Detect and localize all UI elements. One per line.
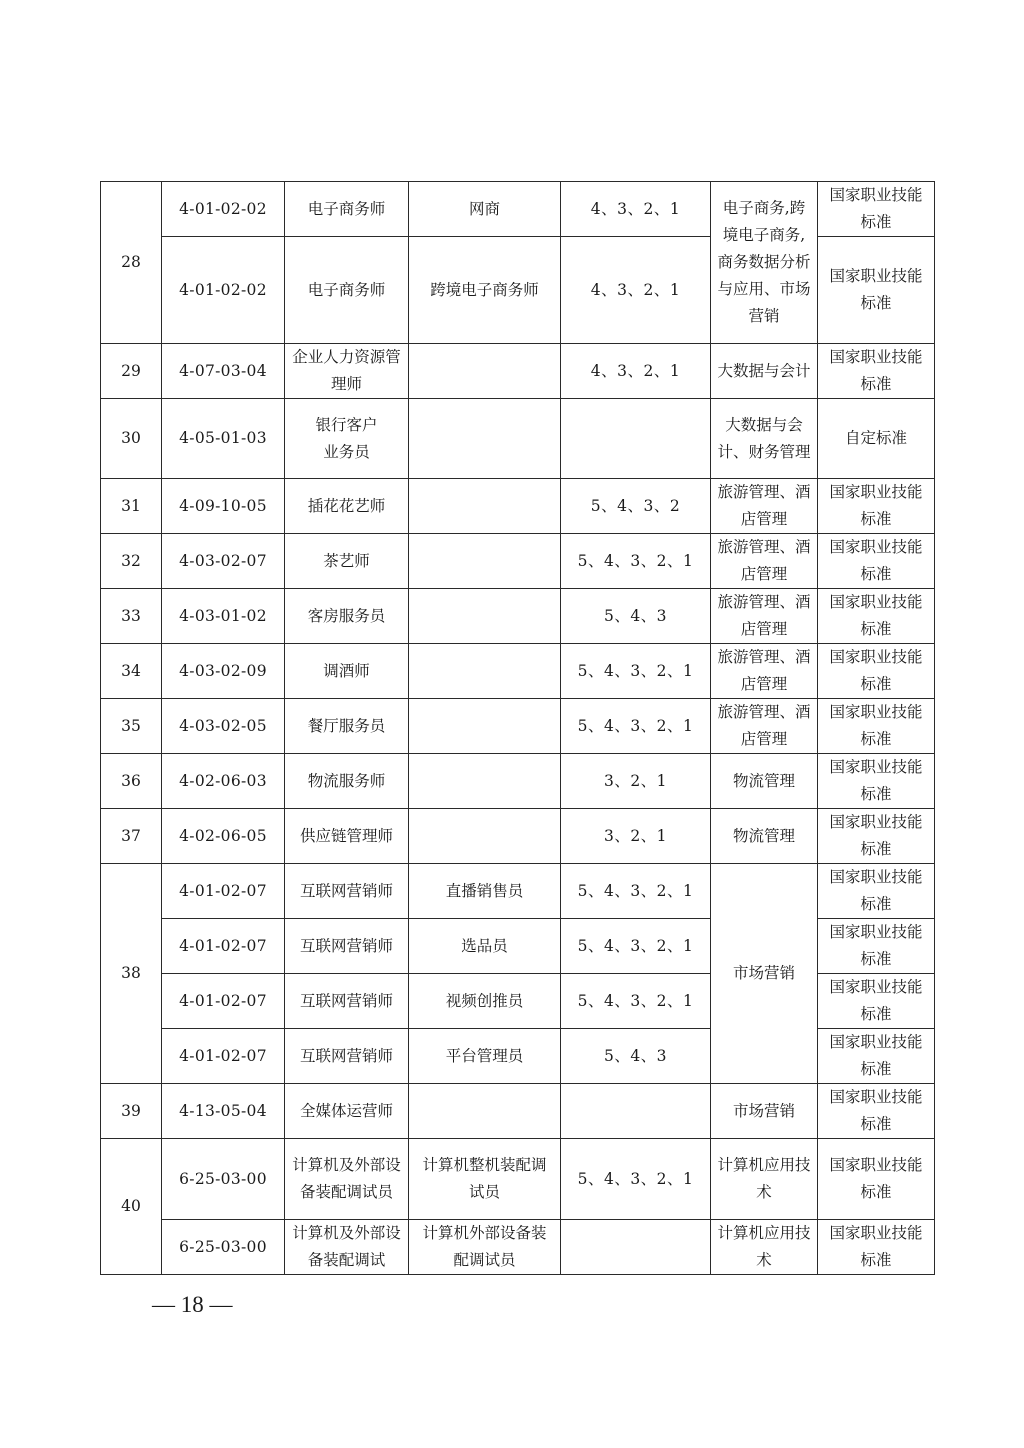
skill-levels: 5、4、3 bbox=[561, 1029, 711, 1084]
occupation-name: 企业人力资源管理师 bbox=[285, 344, 409, 399]
table-row: 39 4-13-05-04 全媒体运营师 市场营销 国家职业技能标准 bbox=[101, 1084, 935, 1139]
skill-levels: 4、3、2、1 bbox=[561, 182, 711, 237]
row-number: 35 bbox=[101, 699, 162, 754]
occupation-code: 4-07-03-04 bbox=[162, 344, 285, 399]
skill-levels bbox=[561, 399, 711, 479]
row-number: 38 bbox=[101, 864, 162, 1084]
related-major: 市场营销 bbox=[711, 864, 818, 1084]
occupation-name: 电子商务师 bbox=[285, 182, 409, 237]
related-major: 旅游管理、酒店管理 bbox=[711, 479, 818, 534]
sub-occupation: 计算机整机装配调试员 bbox=[409, 1139, 561, 1220]
occupation-code: 4-02-06-03 bbox=[162, 754, 285, 809]
related-major: 市场营销 bbox=[711, 1084, 818, 1139]
sub-occupation bbox=[409, 699, 561, 754]
table-row: 33 4-03-01-02 客房服务员 5、4、3 旅游管理、酒店管理 国家职业… bbox=[101, 589, 935, 644]
table-row: 37 4-02-06-05 供应链管理师 3、2、1 物流管理 国家职业技能标准 bbox=[101, 809, 935, 864]
occupation-code: 4-03-02-07 bbox=[162, 534, 285, 589]
sub-occupation: 选品员 bbox=[409, 919, 561, 974]
sub-occupation bbox=[409, 479, 561, 534]
occupation-name: 互联网营销师 bbox=[285, 864, 409, 919]
sub-occupation: 计算机外部设备装配调试员 bbox=[409, 1220, 561, 1275]
occupation-name: 银行客户业务员 bbox=[285, 399, 409, 479]
standard-type: 国家职业技能标准 bbox=[818, 699, 935, 754]
standard-type: 国家职业技能标准 bbox=[818, 1029, 935, 1084]
standard-type: 国家职业技能标准 bbox=[818, 1139, 935, 1220]
sub-occupation bbox=[409, 1084, 561, 1139]
standard-type: 国家职业技能标准 bbox=[818, 237, 935, 344]
occupation-name: 插花花艺师 bbox=[285, 479, 409, 534]
row-number: 34 bbox=[101, 644, 162, 699]
occupation-name: 全媒体运营师 bbox=[285, 1084, 409, 1139]
occupation-name: 互联网营销师 bbox=[285, 974, 409, 1029]
occupation-name: 计算机及外部设备装配调试员 bbox=[285, 1139, 409, 1220]
standard-type: 国家职业技能标准 bbox=[818, 534, 935, 589]
related-major: 物流管理 bbox=[711, 754, 818, 809]
sub-occupation bbox=[409, 344, 561, 399]
standard-type: 国家职业技能标准 bbox=[818, 1220, 935, 1275]
document-page: 28 4-01-02-02 电子商务师 网商 4、3、2、1 电子商务,跨境电子… bbox=[0, 0, 1024, 1448]
standard-type: 国家职业技能标准 bbox=[818, 589, 935, 644]
skill-levels: 5、4、3、2、1 bbox=[561, 974, 711, 1029]
standard-type: 国家职业技能标准 bbox=[818, 1084, 935, 1139]
skill-levels: 5、4、3、2、1 bbox=[561, 864, 711, 919]
sub-occupation bbox=[409, 534, 561, 589]
table-row: 29 4-07-03-04 企业人力资源管理师 4、3、2、1 大数据与会计 国… bbox=[101, 344, 935, 399]
row-number: 39 bbox=[101, 1084, 162, 1139]
skill-levels bbox=[561, 1220, 711, 1275]
row-number: 37 bbox=[101, 809, 162, 864]
row-number: 31 bbox=[101, 479, 162, 534]
occupation-code: 4-03-02-09 bbox=[162, 644, 285, 699]
occupation-code: 4-01-02-07 bbox=[162, 1029, 285, 1084]
occupation-code: 4-13-05-04 bbox=[162, 1084, 285, 1139]
row-number: 40 bbox=[101, 1139, 162, 1275]
sub-occupation: 视频创推员 bbox=[409, 974, 561, 1029]
sub-occupation: 网商 bbox=[409, 182, 561, 237]
related-major: 大数据与会计、财务管理 bbox=[711, 399, 818, 479]
row-number: 28 bbox=[101, 182, 162, 344]
related-major: 旅游管理、酒店管理 bbox=[711, 589, 818, 644]
sub-occupation bbox=[409, 399, 561, 479]
sub-occupation bbox=[409, 809, 561, 864]
occupation-code: 4-01-02-07 bbox=[162, 974, 285, 1029]
table-row: 28 4-01-02-02 电子商务师 网商 4、3、2、1 电子商务,跨境电子… bbox=[101, 182, 935, 237]
standard-type: 国家职业技能标准 bbox=[818, 809, 935, 864]
occupation-name: 互联网营销师 bbox=[285, 919, 409, 974]
occupation-code: 4-09-10-05 bbox=[162, 479, 285, 534]
sub-occupation: 直播销售员 bbox=[409, 864, 561, 919]
table-row: 38 4-01-02-07 互联网营销师 直播销售员 5、4、3、2、1 市场营… bbox=[101, 864, 935, 919]
occupation-name: 计算机及外部设备装配调试 bbox=[285, 1220, 409, 1275]
standard-type: 国家职业技能标准 bbox=[818, 479, 935, 534]
related-major: 旅游管理、酒店管理 bbox=[711, 534, 818, 589]
standard-type: 国家职业技能标准 bbox=[818, 344, 935, 399]
standard-type: 国家职业技能标准 bbox=[818, 919, 935, 974]
row-number: 36 bbox=[101, 754, 162, 809]
occupation-code: 4-01-02-07 bbox=[162, 919, 285, 974]
related-major: 计算机应用技术 bbox=[711, 1220, 818, 1275]
occupation-name: 客房服务员 bbox=[285, 589, 409, 644]
sub-occupation bbox=[409, 644, 561, 699]
sub-occupation: 平台管理员 bbox=[409, 1029, 561, 1084]
occupation-name: 茶艺师 bbox=[285, 534, 409, 589]
occupation-name: 调酒师 bbox=[285, 644, 409, 699]
table-row: 34 4-03-02-09 调酒师 5、4、3、2、1 旅游管理、酒店管理 国家… bbox=[101, 644, 935, 699]
occupation-name: 物流服务师 bbox=[285, 754, 409, 809]
table-row: 31 4-09-10-05 插花花艺师 5、4、3、2 旅游管理、酒店管理 国家… bbox=[101, 479, 935, 534]
occupation-code: 4-01-02-02 bbox=[162, 182, 285, 237]
row-number: 29 bbox=[101, 344, 162, 399]
skill-levels: 4、3、2、1 bbox=[561, 237, 711, 344]
sub-occupation bbox=[409, 754, 561, 809]
row-number: 30 bbox=[101, 399, 162, 479]
related-major: 旅游管理、酒店管理 bbox=[711, 644, 818, 699]
occupation-code: 4-03-02-05 bbox=[162, 699, 285, 754]
sub-occupation bbox=[409, 589, 561, 644]
occupation-code: 6-25-03-00 bbox=[162, 1220, 285, 1275]
related-major: 电子商务,跨境电子商务,商务数据分析与应用、市场营销 bbox=[711, 182, 818, 344]
skill-levels: 5、4、3、2、1 bbox=[561, 699, 711, 754]
table-row: 35 4-03-02-05 餐厅服务员 5、4、3、2、1 旅游管理、酒店管理 … bbox=[101, 699, 935, 754]
table-row: 32 4-03-02-07 茶艺师 5、4、3、2、1 旅游管理、酒店管理 国家… bbox=[101, 534, 935, 589]
row-number: 32 bbox=[101, 534, 162, 589]
occupation-name: 电子商务师 bbox=[285, 237, 409, 344]
related-major: 旅游管理、酒店管理 bbox=[711, 699, 818, 754]
related-major: 物流管理 bbox=[711, 809, 818, 864]
skill-levels bbox=[561, 1084, 711, 1139]
related-major: 计算机应用技术 bbox=[711, 1139, 818, 1220]
table-row: 40 6-25-03-00 计算机及外部设备装配调试员 计算机整机装配调试员 5… bbox=[101, 1139, 935, 1220]
table-row: 30 4-05-01-03 银行客户业务员 大数据与会计、财务管理 自定标准 bbox=[101, 399, 935, 479]
skill-levels: 5、4、3、2、1 bbox=[561, 534, 711, 589]
skill-levels: 3、2、1 bbox=[561, 809, 711, 864]
occupation-code: 4-01-02-07 bbox=[162, 864, 285, 919]
table-row: 6-25-03-00 计算机及外部设备装配调试 计算机外部设备装配调试员 计算机… bbox=[101, 1220, 935, 1275]
skill-levels: 5、4、3、2、1 bbox=[561, 919, 711, 974]
table-row: 36 4-02-06-03 物流服务师 3、2、1 物流管理 国家职业技能标准 bbox=[101, 754, 935, 809]
page-number: — 18 — bbox=[152, 1292, 233, 1318]
occupation-code: 4-03-01-02 bbox=[162, 589, 285, 644]
occupation-table: 28 4-01-02-02 电子商务师 网商 4、3、2、1 电子商务,跨境电子… bbox=[100, 181, 935, 1275]
standard-type: 国家职业技能标准 bbox=[818, 754, 935, 809]
standard-type: 自定标准 bbox=[818, 399, 935, 479]
skill-levels: 4、3、2、1 bbox=[561, 344, 711, 399]
occupation-name: 餐厅服务员 bbox=[285, 699, 409, 754]
occupation-name: 供应链管理师 bbox=[285, 809, 409, 864]
related-major: 大数据与会计 bbox=[711, 344, 818, 399]
occupation-name: 互联网营销师 bbox=[285, 1029, 409, 1084]
standard-type: 国家职业技能标准 bbox=[818, 974, 935, 1029]
occupation-code: 4-02-06-05 bbox=[162, 809, 285, 864]
occupation-code: 4-01-02-02 bbox=[162, 237, 285, 344]
row-number: 33 bbox=[101, 589, 162, 644]
skill-levels: 3、2、1 bbox=[561, 754, 711, 809]
occupation-code: 6-25-03-00 bbox=[162, 1139, 285, 1220]
skill-levels: 5、4、3、2、1 bbox=[561, 644, 711, 699]
standard-type: 国家职业技能标准 bbox=[818, 864, 935, 919]
standard-type: 国家职业技能标准 bbox=[818, 644, 935, 699]
skill-levels: 5、4、3、2、1 bbox=[561, 1139, 711, 1220]
skill-levels: 5、4、3、2 bbox=[561, 479, 711, 534]
occupation-code: 4-05-01-03 bbox=[162, 399, 285, 479]
skill-levels: 5、4、3 bbox=[561, 589, 711, 644]
sub-occupation: 跨境电子商务师 bbox=[409, 237, 561, 344]
standard-type: 国家职业技能标准 bbox=[818, 182, 935, 237]
